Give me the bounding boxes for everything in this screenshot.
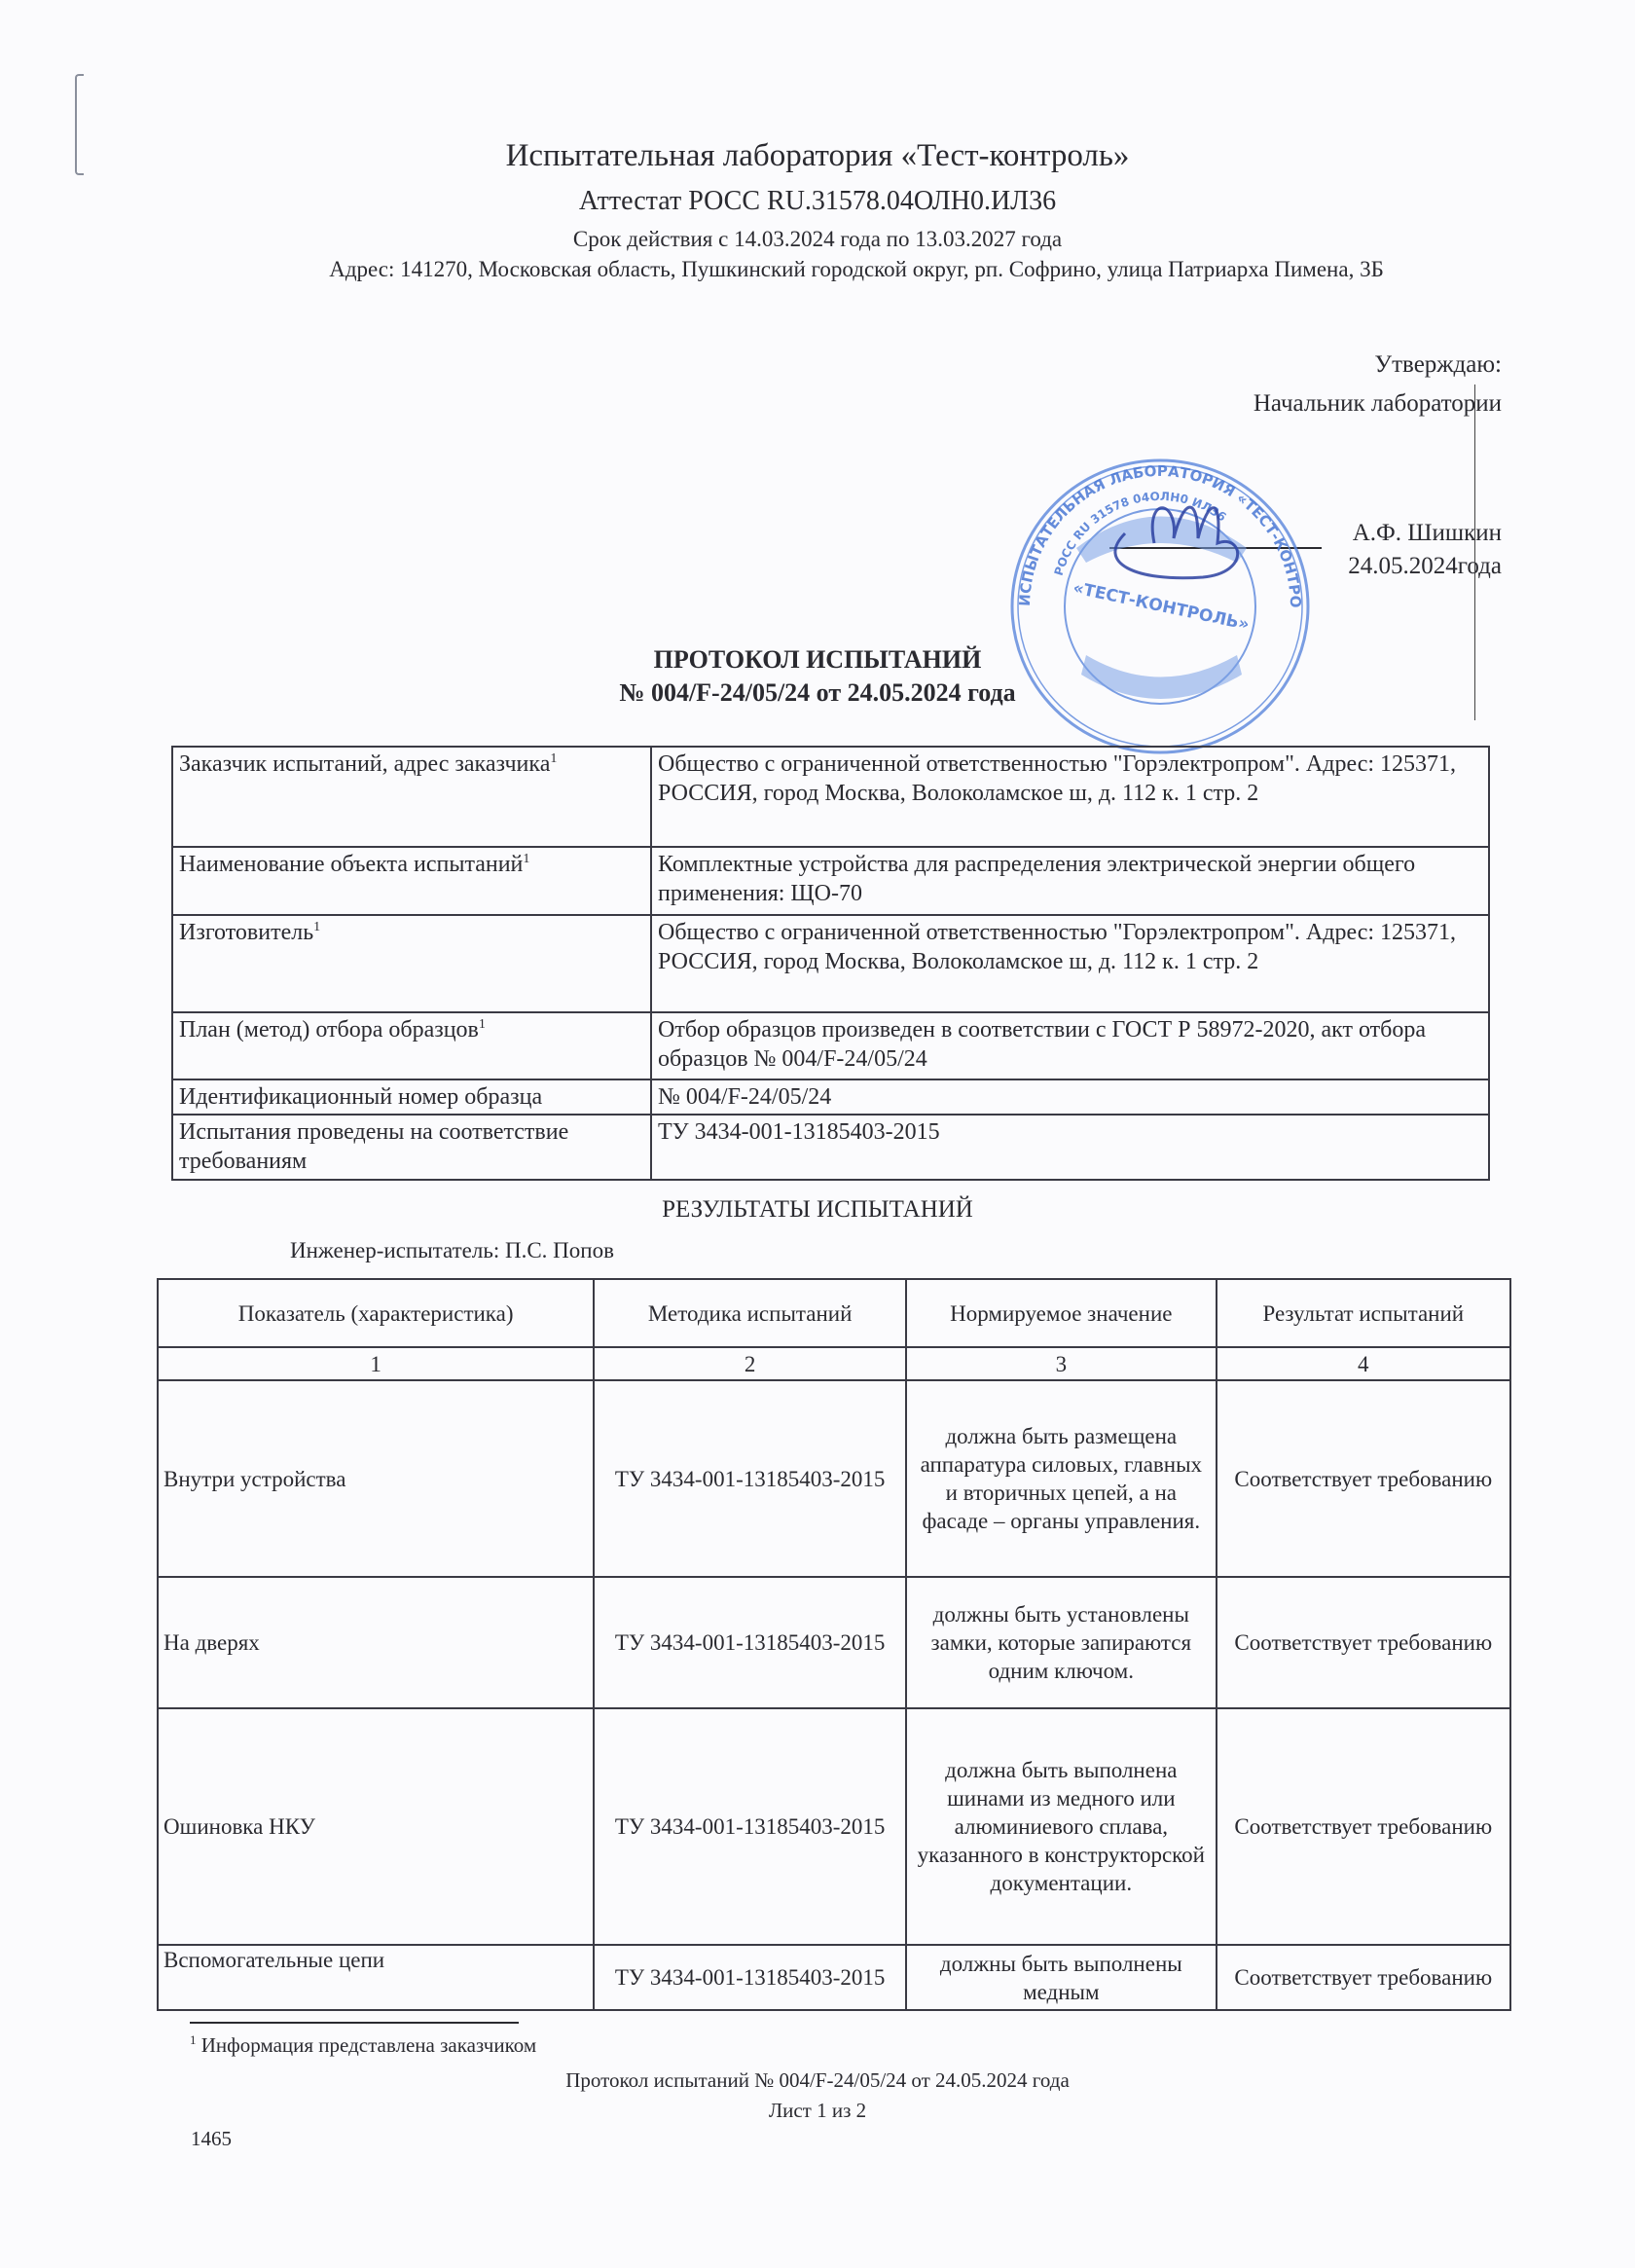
- column-number: 4: [1217, 1347, 1510, 1380]
- lab-name: Испытательная лаборатория «Тест-контроль…: [0, 136, 1635, 175]
- results-heading: РЕЗУЛЬТАТЫ ИСПЫТАНИЙ: [0, 1195, 1635, 1225]
- table-row: Внутри устройства ТУ 3434-001-13185403-2…: [158, 1380, 1510, 1577]
- norm: должны быть установлены замки, которые з…: [906, 1577, 1217, 1708]
- protocol-number: № 004/F-24/05/24 от 24.05.2024 года: [0, 677, 1635, 709]
- result: Соответствует требованию: [1217, 1577, 1510, 1708]
- result: Соответствует требованию: [1217, 1708, 1510, 1945]
- footer-sheet: Лист 1 из 2: [0, 2098, 1635, 2123]
- indicator: На дверях: [158, 1577, 594, 1708]
- info-key: Заказчик испытаний, адрес заказчика1: [172, 747, 651, 847]
- engineer-name: Инженер-испытатель: П.С. Попов: [290, 1236, 614, 1265]
- column-number-row: 1 2 3 4: [158, 1347, 1510, 1380]
- column-number: 3: [906, 1347, 1217, 1380]
- results-table: Показатель (характеристика) Методика исп…: [157, 1278, 1511, 2011]
- table-header-row: Показатель (характеристика) Методика исп…: [158, 1279, 1510, 1347]
- info-value: Общество с ограниченной ответственностью…: [651, 915, 1489, 1012]
- indicator: Вспомогательные цепи: [158, 1945, 594, 2010]
- info-table: Заказчик испытаний, адрес заказчика1Обще…: [171, 746, 1490, 1181]
- table-row: Наименование объекта испытаний1Комплектн…: [172, 847, 1489, 915]
- info-value: Комплектные устройства для распределения…: [651, 847, 1489, 915]
- table-row: План (метод) отбора образцов1Отбор образ…: [172, 1012, 1489, 1079]
- indicator: Внутри устройства: [158, 1380, 594, 1577]
- table-row: Идентификационный номер образца№ 004/F-2…: [172, 1079, 1489, 1115]
- info-key: Испытания проведены на соответствие треб…: [172, 1115, 651, 1180]
- method: ТУ 3434-001-13185403-2015: [594, 1945, 906, 2010]
- attestat: Аттестат РОСС RU.31578.04ОЛН0.ИЛ36: [0, 185, 1635, 218]
- validity-period: Срок действия с 14.03.2024 года по 13.03…: [0, 226, 1635, 253]
- approval-position: Начальник лаборатории: [1253, 389, 1502, 419]
- footnote: 1 Информация представлена заказчиком: [190, 2032, 536, 2058]
- column-header: Нормируемое значение: [906, 1279, 1217, 1347]
- result: Соответствует требованию: [1217, 1945, 1510, 2010]
- footnote-separator: [190, 2022, 519, 2024]
- info-value: ТУ 3434-001-13185403-2015: [651, 1115, 1489, 1180]
- lab-address: Адрес: 141270, Московская область, Пушки…: [253, 255, 1460, 284]
- table-row: Изготовитель1Общество с ограниченной отв…: [172, 915, 1489, 1012]
- protocol-title: ПРОТОКОЛ ИСПЫТАНИЙ: [0, 644, 1635, 676]
- info-value: № 004/F-24/05/24: [651, 1079, 1489, 1115]
- column-header: Результат испытаний: [1217, 1279, 1510, 1347]
- method: ТУ 3434-001-13185403-2015: [594, 1577, 906, 1708]
- footer-protocol-ref: Протокол испытаний № 004/F-24/05/24 от 2…: [0, 2067, 1635, 2093]
- svg-text:«ТЕСТ-КОНТРОЛЬ»: «ТЕСТ-КОНТРОЛЬ»: [1072, 578, 1252, 635]
- column-number: 1: [158, 1347, 594, 1380]
- indicator: Ошиновка НКУ: [158, 1708, 594, 1945]
- table-row: Вспомогательные цепи ТУ 3434-001-1318540…: [158, 1945, 1510, 2010]
- method: ТУ 3434-001-13185403-2015: [594, 1708, 906, 1945]
- column-number: 2: [594, 1347, 906, 1380]
- column-header: Методика испытаний: [594, 1279, 906, 1347]
- column-header: Показатель (характеристика): [158, 1279, 594, 1347]
- method: ТУ 3434-001-13185403-2015: [594, 1380, 906, 1577]
- info-key: Наименование объекта испытаний1: [172, 847, 651, 915]
- approval-label: Утверждаю:: [1374, 350, 1502, 380]
- norm: должны быть выполнены медным: [906, 1945, 1217, 2010]
- info-value: Общество с ограниченной ответственностью…: [651, 747, 1489, 847]
- info-value: Отбор образцов произведен в соответствии…: [651, 1012, 1489, 1079]
- approval-name: А.Ф. Шишкин: [1353, 519, 1502, 548]
- info-key: План (метод) отбора образцов1: [172, 1012, 651, 1079]
- norm: должна быть размещена аппаратура силовых…: [906, 1380, 1217, 1577]
- page-id: 1465: [191, 2126, 232, 2151]
- result: Соответствует требованию: [1217, 1380, 1510, 1577]
- table-row: Испытания проведены на соответствие треб…: [172, 1115, 1489, 1180]
- seal-stamp-icon: ИСПЫТАТЕЛЬНАЯ ЛАБОРАТОРИЯ «ТЕСТ-КОНТРОЛЬ…: [1008, 456, 1312, 757]
- table-row: Ошиновка НКУ ТУ 3434-001-13185403-2015 д…: [158, 1708, 1510, 1945]
- norm: должна быть выполнена шинами из медного …: [906, 1708, 1217, 1945]
- table-row: Заказчик испытаний, адрес заказчика1Обще…: [172, 747, 1489, 847]
- table-row: На дверях ТУ 3434-001-13185403-2015 долж…: [158, 1577, 1510, 1708]
- info-key: Изготовитель1: [172, 915, 651, 1012]
- info-key: Идентификационный номер образца: [172, 1079, 651, 1115]
- approval-date: 24.05.2024года: [1348, 552, 1502, 581]
